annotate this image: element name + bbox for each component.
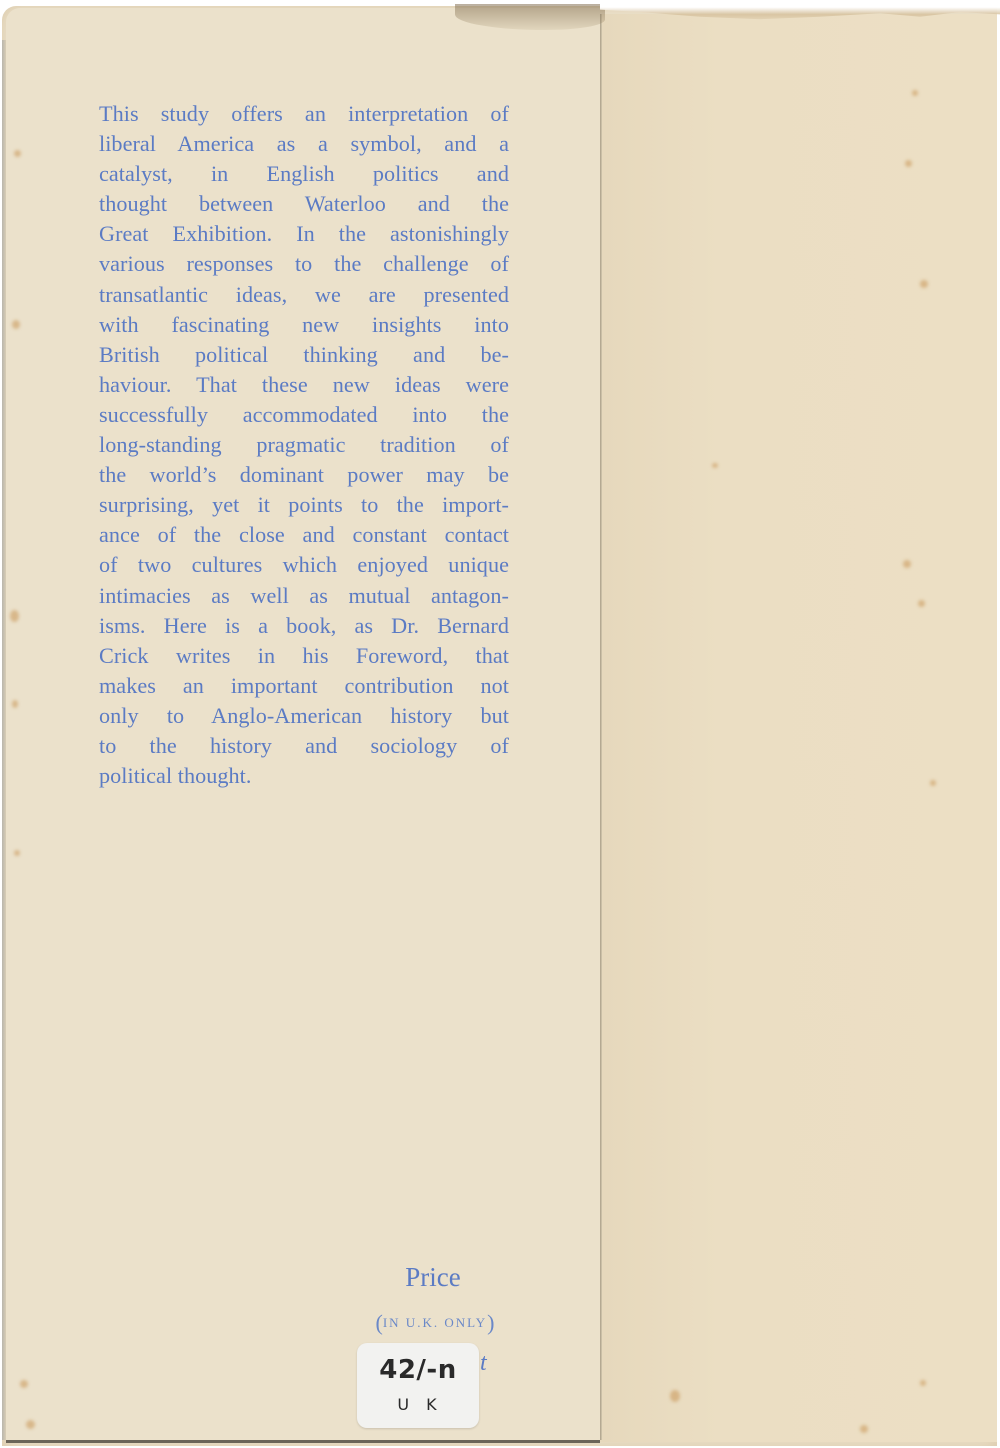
foxing-spot [912,90,918,96]
flap-bottom-edge [6,1440,600,1443]
blurb-line: ance of the close and constant contact [99,520,509,550]
blurb-line: various responses to the challenge of [99,249,509,279]
blurb-line: isms. Here is a book, as Dr. Bernard [99,611,509,641]
foxing-spot [918,600,925,607]
blurb-line: of two cultures which enjoyed unique [99,550,509,580]
blurb-line: liberal America as a symbol, and a [99,129,509,159]
blurb-line: Great Exhibition. In the astonishingly [99,219,509,249]
blurb-line: catalyst, in English politics and [99,159,509,189]
blurb-line: political thought. [99,761,509,791]
foxing-spot [712,463,718,468]
blurb-line: to the history and sociology of [99,731,509,761]
blurb-line: only to Anglo-American history but [99,701,509,731]
foxing-spot [26,1420,35,1429]
fold-line [600,14,602,1440]
foxing-spot [905,160,912,167]
price-note-open-paren: ( [376,1310,383,1335]
blurb-line: the world’s dominant power may be [99,460,509,490]
blurb-line: transatlantic ideas, we are presented [99,280,509,310]
foxing-spot [14,150,21,157]
blurb-line: intimacies as well as mutual antagon- [99,581,509,611]
foxing-spot [920,280,928,288]
foxing-spot [920,1380,926,1386]
blurb-line: haviour. That these new ideas were [99,370,509,400]
foxing-spot [20,1380,28,1388]
foxing-spot [12,700,18,708]
sticker-amount: 42/-n [357,1355,479,1385]
sticker-region: U K [357,1395,479,1414]
price-note: (IN U.K. ONLY) [352,1310,518,1336]
foxing-spot [10,610,19,622]
price-note-close-paren: ) [487,1310,494,1335]
foxing-spot [930,780,936,786]
blurb-line: long-standing pragmatic tradition of [99,430,509,460]
blurb-line: This study offers an interpretation of [99,99,509,129]
foxing-spot [14,850,20,856]
jacket-back-panel [600,14,997,1442]
foxing-spot [670,1390,680,1402]
price-sticker: 42/-n U K [357,1343,479,1428]
blurb-line: makes an important contribution not [99,671,509,701]
price-note-text: IN U.K. ONLY [383,1315,487,1330]
foxing-spot [12,320,20,329]
foxing-spot [860,1425,868,1433]
blurb-line: surprising, yet it points to the import- [99,490,509,520]
obscured-price-text: t [480,1350,487,1377]
flap-blurb: This study offers an interpretation ofli… [99,99,509,791]
blurb-line: with fascinating new insights into [99,310,509,340]
blurb-line: successfully accommodated into the [99,400,509,430]
blurb-line: British political thinking and be- [99,340,509,370]
price-label: Price [388,1262,478,1293]
blurb-line: thought between Waterloo and the [99,189,509,219]
blurb-line: Crick writes in his Foreword, that [99,641,509,671]
foxing-spot [903,560,911,568]
